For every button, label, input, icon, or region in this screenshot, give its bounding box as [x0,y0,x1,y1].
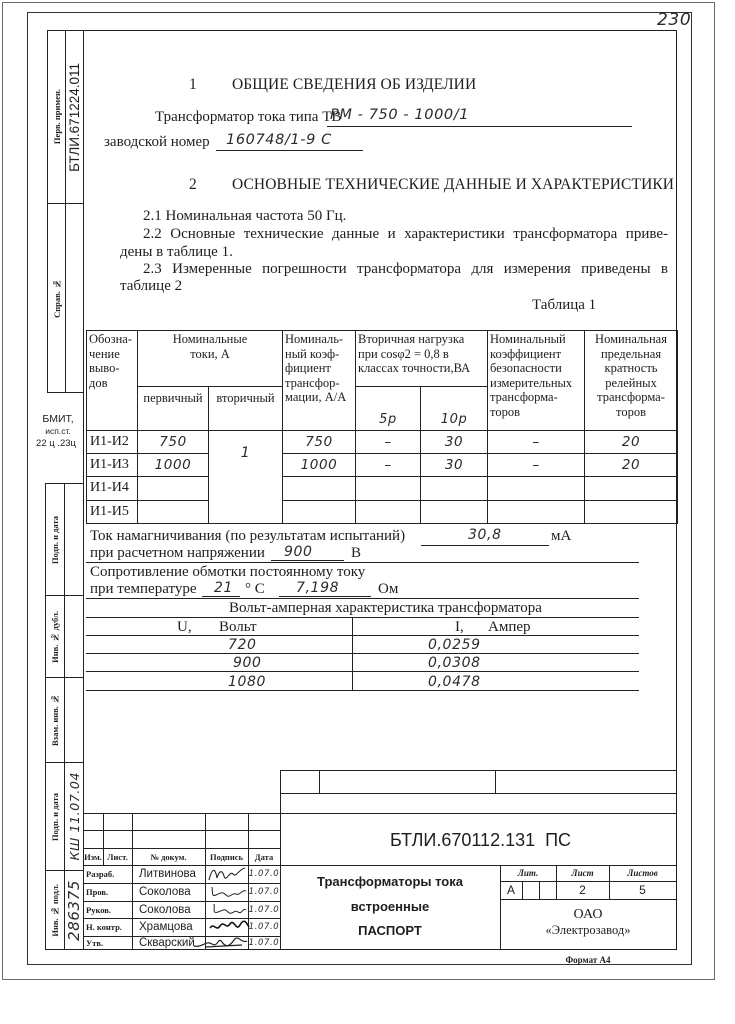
cell-limit [585,501,678,524]
vac-u-symbol: U, [177,618,192,636]
table-row: И1-И3 1000 1000 – 30 – 20 [87,454,678,477]
cell-ratio: 1000 [283,454,356,477]
header-primary: первичный [138,387,209,431]
doc-title-line1: Трансформаторы тока [280,873,500,891]
strip-cell-dup-inv-label: Инв. № дубл. [45,595,65,678]
margin-note-line2: исп.ст. [38,426,78,436]
cell-limit: 20 [585,431,678,454]
strip-label-sign-date-2: Подп. и дата [50,793,60,841]
title-block-line [522,881,523,899]
section1-number: 1 [189,76,197,94]
cell-safety: – [488,454,585,477]
vac-title: Вольт-амперная характеристика трансформа… [229,599,542,617]
rated-voltage-value: 900 [284,543,313,561]
tb-lit-value: А [500,881,522,899]
tb-role: Н. контр. [83,918,132,936]
strip-cell-first-use-value: БТЛИ.671224.011 [65,30,84,204]
doc-title-line3: ПАСПОРТ [280,922,500,940]
tb-sheet-label: Лист [556,865,609,881]
cell-terminals: И1-И5 [87,501,138,524]
header-rated-currents: Номинальные токи, А [138,331,283,387]
signature [206,901,248,918]
cell-ratio [283,501,356,524]
serial-number-value: 160748/1-9 С [226,131,332,149]
signature [206,865,248,883]
paragraph-2-1: 2.1 Номинальная частота 50 Гц. [143,207,346,225]
strip-cell-sign-date-1-value [64,483,84,596]
winding-resistance-underline [279,596,371,597]
cell-limit: 20 [585,454,678,477]
strip-label-ref: Справ. № [52,279,62,318]
tb-header-izm: Изм. [83,848,103,865]
strip-cell-sign-date-1-label: Подп. и дата [45,483,65,596]
cell-primary [138,477,209,501]
tb-date: 11.07.07 [248,936,280,950]
title-block-line [319,770,320,793]
organization-line2: «Электрозавод» [500,921,676,939]
cell-load-5p [356,477,421,501]
title-block-line [83,813,676,814]
tb-sheets-value: 5 [609,881,676,899]
table1: Обозна- чение выво- дов Номинальные токи… [86,330,678,524]
tb-header-list: Лист. [103,848,132,865]
sheet-number-handwritten: 230 [657,11,691,29]
header-safety-factor: Номинальный коэффициент безопасности изм… [488,331,585,431]
magnetizing-current-unit: мА [551,527,571,545]
tb-role: Пров. [83,883,132,901]
tb-lit-label: Лит. [500,865,556,881]
vac-u-unit: Вольт [219,618,257,636]
serial-number-underline [216,150,363,151]
vac-i-unit: Ампер [488,618,531,636]
transformer-type-label: Трансформатор тока типа ТВ [155,108,341,126]
strip-cell-first-use-label: Перв. примен. [47,30,66,204]
magnetizing-current-underline [421,545,549,546]
tb-name: Литвинова [132,865,205,883]
strip-label-sign-date-1: Подп. и дата [50,516,60,564]
header-class-5p: 5р [356,387,421,431]
tb-date: 11.07.07 [248,901,280,918]
strip-cell-ref-value [65,203,84,393]
rule-line [86,671,639,672]
cell-primary [138,501,209,524]
serial-number-label: заводской номер [104,133,210,151]
strip-cell-repl-inv-label: Взам. инв. № [45,677,65,763]
vac-i-value: 0,0308 [428,654,481,672]
temperature-underline [202,596,240,597]
cell-terminals: И1-И4 [87,477,138,501]
section2-title: ОСНОВНЫЕ ТЕХНИЧЕСКИЕ ДАННЫЕ И ХАРАКТЕРИС… [232,176,674,194]
signature [192,934,248,950]
section2-number: 2 [189,176,197,194]
tb-date: 11.07.07 [248,883,280,901]
cell-ratio: 750 [283,431,356,454]
strip-cell-orig-inv-value: 286375 [64,870,84,950]
strip-value-first-use: БТЛИ.671224.011 [67,63,82,172]
tb-role: Руков. [83,901,132,918]
temperature-unit: ° С [245,580,265,598]
rule-line [86,635,639,636]
paragraph-2-2-line2: дены в таблице 1. [120,243,233,261]
paragraph-2-3-line2: таблице 2 [120,277,182,295]
document-code: БТЛИ.670112.131 ПС [390,829,571,851]
rated-voltage-label: при расчетном напряжении [90,544,265,562]
cell-load-5p [356,501,421,524]
cell-secondary-merged: 1 [209,431,283,524]
cell-terminals: И1-И3 [87,454,138,477]
tb-header-doc: № докум. [132,848,205,865]
cell-load-10p: 30 [421,431,488,454]
table-row: И1-И2 750 1 750 – 30 – 20 [87,431,678,454]
winding-resistance-value: 7,198 [296,579,339,597]
title-block-line [280,770,676,771]
transformer-type-underline [327,126,632,127]
tb-name: Соколова [132,901,205,918]
table-row: И1-И4 [87,477,678,501]
tb-role: Разраб. [83,865,132,883]
tb-sheet-value: 2 [556,881,609,899]
paragraph-2-2-line1: 2.2 Основные технические данные и характ… [143,225,668,243]
vac-u-value: 900 [233,654,262,672]
strip-cell-ref-label: Справ. № [47,203,66,393]
strip-cell-dup-inv-value [64,595,84,678]
strip-value-orig-inv: 286375 [65,880,83,941]
rated-voltage-underline [271,560,344,561]
vac-i-value: 0,0478 [428,673,481,691]
margin-note-line3: 22 ц .23ц [30,438,82,449]
title-block-line [500,899,676,900]
header-class-10p: 10р [421,387,488,431]
cell-load-5p: – [356,431,421,454]
paper-format: Формат А4 [540,951,636,969]
cell-primary: 750 [138,431,209,454]
vac-u-value: 720 [228,636,257,654]
header-secondary: вторичный [209,387,283,431]
rule-line [86,653,639,654]
cell-load-10p: 30 [421,454,488,477]
cell-terminals: И1-И2 [87,431,138,454]
vac-i-value: 0,0259 [428,636,481,654]
title-block-line [280,793,676,794]
header-secondary-load: Вторичная нагрузка при cosφ2 = 0,8 в кла… [356,331,488,387]
header-limit-factor: Номинальная предельная кратность релейны… [585,331,678,431]
section1-title: ОБЩИЕ СВЕДЕНИЯ ОБ ИЗДЕЛИИ [232,76,476,94]
strip-cell-sign-date-2-value: КШ 11.07.04 [64,762,84,871]
tb-date: 11.07.07 [248,918,280,936]
cell-primary: 1000 [138,454,209,477]
table1-caption: Таблица 1 [532,296,596,314]
margin-note-line1: БМИТ, [38,413,78,425]
signature [206,883,248,901]
vac-i-symbol: I, [455,618,464,636]
cell-load-10p [421,477,488,501]
vac-u-value: 1080 [228,673,266,691]
strip-value-sign-date-2: КШ 11.07.04 [67,772,82,860]
strip-label-repl-inv: Взам. инв. № [50,694,60,746]
cell-safety [488,477,585,501]
tb-header-sign: Подпись [205,848,248,865]
table1-header-row-1: Обозна- чение выво- дов Номинальные токи… [87,331,678,387]
tb-header-date: Дата [248,848,280,865]
rated-voltage-unit: В [351,544,361,562]
strip-label-orig-inv: Инв. № подл. [50,884,60,937]
magnetizing-current-value: 30,8 [468,526,502,544]
strip-cell-sign-date-2-label: Подп. и дата [45,762,65,871]
strip-label-first-use: Перв. примен. [52,89,62,144]
header-ratio: Номиналь- ный коэф- фициент трансфор- ма… [283,331,356,431]
title-block-line [83,830,280,831]
doc-title-line2: встроенные [280,898,500,916]
title-block-line [539,881,540,899]
cell-load-5p: – [356,454,421,477]
rule-line [86,690,639,691]
tb-role: Утв. [83,936,132,950]
cell-ratio [283,477,356,501]
temperature-value: 21 [214,579,233,597]
tb-sheets-label: Листов [609,865,676,881]
rule-line [86,617,639,618]
table-row: И1-И5 [87,501,678,524]
tb-name: Соколова [132,883,205,901]
magnetizing-current-label: Ток намагничивания (по результатам испыт… [90,527,405,545]
strip-cell-repl-inv-value [64,677,84,763]
transformer-type-value: РМ - 750 - 1000/1 [330,106,469,124]
paragraph-2-3-line1: 2.3 Измеренные погрешности трансформатор… [143,260,668,278]
title-block-line [495,770,496,793]
cell-load-10p [421,501,488,524]
cell-safety: – [488,431,585,454]
tb-date: 11.07.07 [248,865,280,883]
header-terminals: Обозна- чение выво- дов [87,331,138,431]
strip-cell-orig-inv-label: Инв. № подл. [45,870,65,950]
winding-resistance-unit: Ом [378,580,398,598]
strip-label-dup-inv: Инв. № дубл. [50,611,60,663]
cell-limit [585,477,678,501]
cell-safety [488,501,585,524]
temperature-label: при температуре [90,580,196,598]
